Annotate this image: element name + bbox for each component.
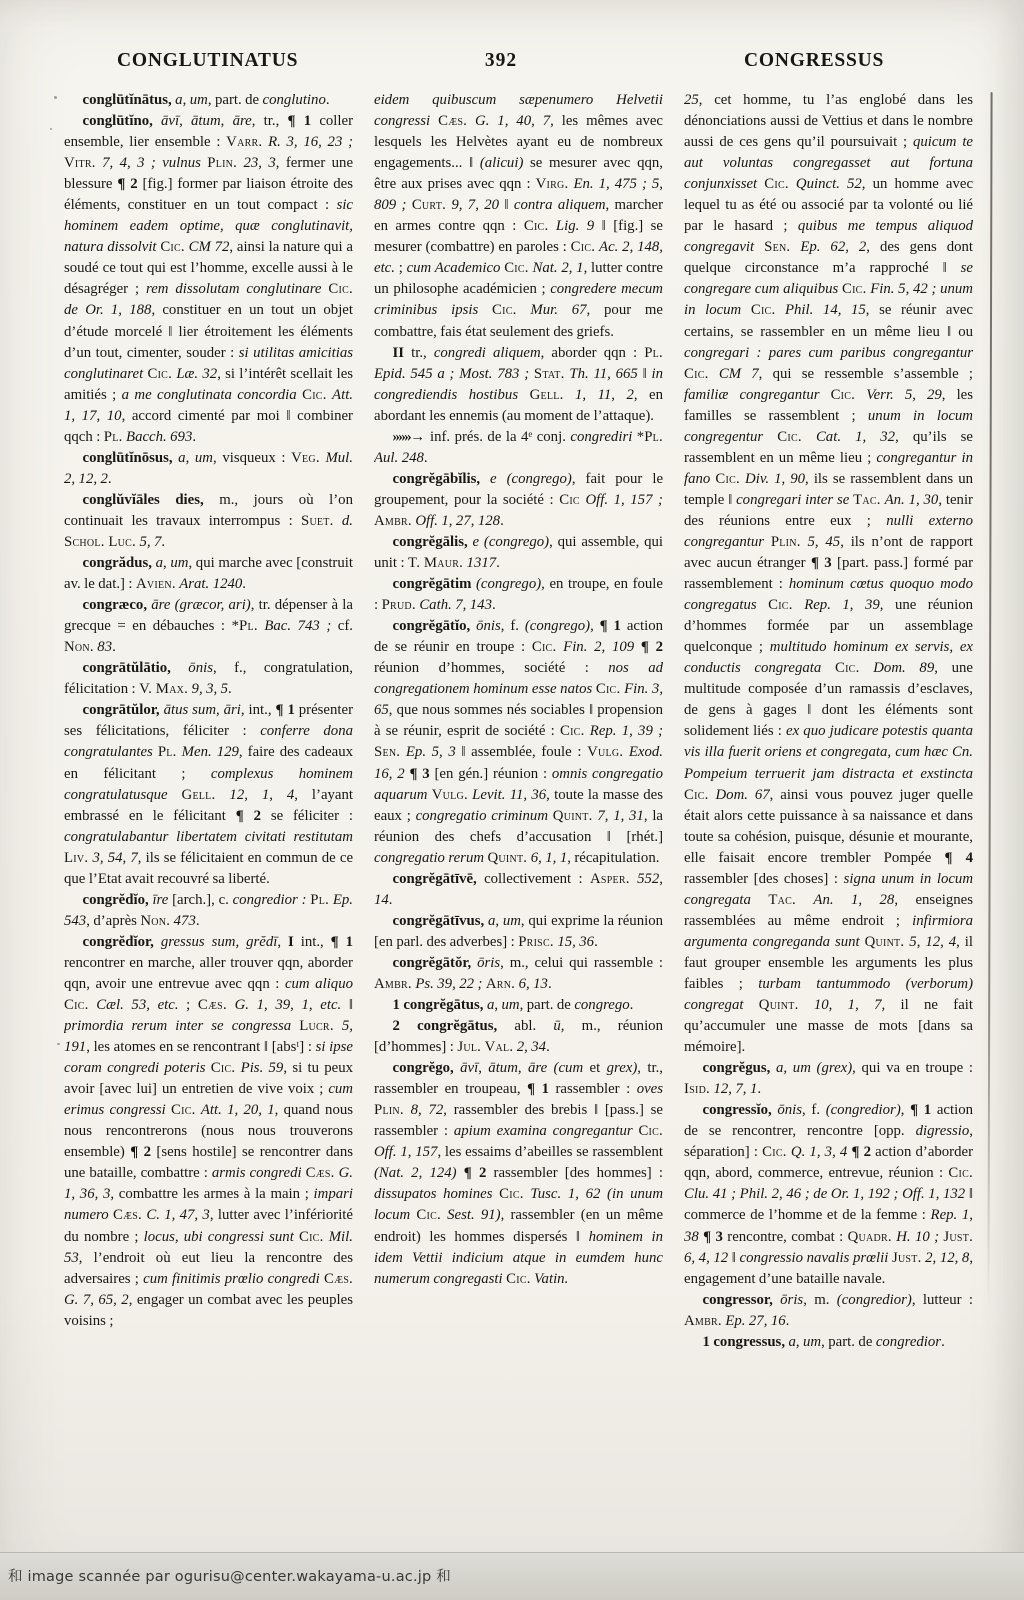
- text-segment: congræco,: [83, 597, 148, 613]
- scanned-dictionary-page: CONGLUTINATUS 392 CONGRESSUS conglūtĭnāt…: [0, 0, 1024, 1600]
- text-segment: um: [195, 450, 213, 466]
- text-segment: conglūtĭnōsus,: [83, 450, 173, 466]
- text-segment: 5, 12, 4: [909, 934, 956, 950]
- text-segment: cum Academico: [407, 260, 501, 276]
- text-segment: congredi aliquem: [434, 345, 541, 361]
- text-segment: , f.: [802, 1102, 826, 1118]
- text-segment: rassembler [des choses] :: [684, 871, 844, 887]
- text-segment: congrĕgus,: [703, 1060, 771, 1076]
- column-2: eidem quibuscum sæpenumero Helvetii cong…: [374, 90, 663, 1542]
- text-segment: Sen.: [374, 744, 400, 760]
- text-segment: Fin. 5, 42 ;: [870, 281, 936, 297]
- text-segment: Ep. 62, 2: [800, 239, 866, 255]
- text-segment: congrediri: [570, 429, 632, 445]
- text-segment: .: [496, 555, 500, 571]
- derived-form-arrow-icon: »»»→: [393, 429, 426, 445]
- text-segment: ¶ 2: [130, 1144, 151, 1160]
- text-segment: , m., celui qui rassemble :: [500, 955, 663, 971]
- text-segment: 15, 36: [557, 934, 594, 950]
- entry-paragraph: conglūtĭnōsus, a, um, visqueux : Veg. Mu…: [64, 448, 353, 490]
- text-segment: [789, 176, 796, 192]
- text-segment: Div. 1, 90: [745, 471, 805, 487]
- text-segment: Cic.: [764, 176, 789, 192]
- text-segment: int.,: [294, 934, 331, 950]
- text-segment: rassembler :: [549, 1081, 637, 1097]
- text-segment: Cic.: [596, 681, 621, 697]
- text-segment: [467, 113, 475, 129]
- text-segment: Tac.: [768, 892, 796, 908]
- text-segment: ;: [179, 997, 198, 1013]
- text-segment: Cæl. 53, etc.: [96, 997, 178, 1013]
- text-segment: Lig. 9: [556, 218, 594, 234]
- text-segment: Ambr.: [374, 513, 412, 529]
- text-segment: Cic.: [831, 387, 856, 403]
- text-segment: Cæs.: [438, 113, 467, 129]
- page-edge-artifact: [987, 92, 992, 1307]
- text-segment: ‖: [728, 1250, 739, 1266]
- text-segment: Non.: [64, 639, 94, 655]
- text-segment: [334, 1018, 342, 1034]
- text-segment: ,: [518, 1060, 528, 1076]
- text-segment: (alicui): [480, 155, 524, 171]
- text-segment: An. 1, 28: [813, 892, 894, 908]
- text-segment: congrĕgātĭo,: [393, 618, 471, 634]
- text-segment: ,: [901, 1102, 910, 1118]
- text-segment: .: [389, 892, 393, 908]
- text-segment: Veg.: [291, 450, 320, 466]
- text-segment: [743, 997, 758, 1013]
- text-segment: 2 congrĕgātus,: [393, 1018, 498, 1034]
- text-segment: [821, 660, 835, 676]
- text-segment: Ambr.: [684, 1313, 722, 1329]
- text-segment: 3, 54, 7: [92, 850, 137, 866]
- text-segment: [564, 387, 575, 403]
- text-segment: Vulg.: [587, 744, 623, 760]
- text-segment: Sen.: [764, 239, 790, 255]
- text-segment: Quint.: [759, 997, 799, 1013]
- footer-scan-bar: 和 image scannée par ogurisu@center.wakay…: [0, 1552, 1024, 1600]
- text-segment: Att. 1, 20, 1: [201, 1102, 275, 1118]
- text-segment: Cic.: [524, 218, 549, 234]
- text-segment: , m.: [803, 1292, 837, 1308]
- text-segment: ,: [495, 913, 502, 929]
- text-segment: 1317: [467, 555, 497, 571]
- text-segment: [802, 429, 816, 445]
- text-segment: ātum: [191, 113, 221, 129]
- text-segment: , int.,: [241, 702, 276, 718]
- text-segment: Ep. 5, 3: [406, 744, 456, 760]
- entry-paragraph: 25, cet homme, tu l’as englobé dans les …: [684, 90, 973, 1058]
- text-segment: II: [393, 345, 405, 361]
- text-segment: congredior :: [233, 892, 307, 908]
- text-segment: congrĕgālis,: [393, 534, 468, 550]
- text-segment: [741, 302, 751, 318]
- text-segment: .: [941, 1334, 945, 1350]
- text-segment: dissupatos homines: [374, 1186, 492, 1202]
- text-segment: [855, 387, 866, 403]
- text-segment: 6, 1, 1: [531, 850, 568, 866]
- text-segment: [819, 387, 830, 403]
- text-segment: Men. 129: [182, 744, 239, 760]
- text-segment: Plin.: [207, 155, 237, 171]
- text-segment: ¶ 3: [811, 555, 832, 571]
- text-segment: a: [788, 1334, 795, 1350]
- text-segment: Gell.: [182, 787, 216, 803]
- text-segment: .: [242, 576, 246, 592]
- text-segment: Cic.: [948, 1165, 973, 1181]
- text-segment: ¶ 2: [851, 1144, 871, 1160]
- entry-paragraph: congressor, ōris, m. (congredior), lutte…: [684, 1290, 973, 1332]
- text-segment: Læ. 32: [176, 366, 217, 382]
- text-segment: congrĕgātŏr,: [393, 955, 472, 971]
- text-segment: Ep. 27, 16: [725, 1313, 785, 1329]
- text-segment: Rep. 1, 39: [804, 597, 880, 613]
- text-segment: V. Max.: [139, 681, 188, 697]
- text-segment: ,: [221, 113, 233, 129]
- text-segment: [154, 934, 161, 950]
- text-segment: congratulabantur libertatem civitati res…: [64, 829, 353, 845]
- text-segment: familiæ congregantur: [684, 387, 819, 403]
- entry-paragraph: congrĕgābĭlis, e (congrego), fait pour l…: [374, 469, 663, 532]
- text-segment: um: [170, 555, 188, 571]
- text-segment: Fin. 2, 109: [563, 639, 634, 655]
- text-segment: inf. prés. de la 4ᵉ conj.: [426, 429, 571, 445]
- text-segment: 7, 4, 3 ;: [102, 155, 156, 171]
- text-segment: .: [492, 597, 496, 613]
- text-segment: ,: [478, 1060, 488, 1076]
- text-segment: vulnus: [162, 155, 201, 171]
- text-segment: 5, 7: [139, 534, 161, 550]
- text-segment: conglŭvĭāles dies,: [83, 492, 204, 508]
- text-segment: Plin.: [374, 1102, 404, 1118]
- text-segment: oves: [637, 1081, 663, 1097]
- text-segment: Curt.: [412, 197, 446, 213]
- text-segment: um: [190, 92, 208, 108]
- text-segment: Isid.: [684, 1081, 710, 1097]
- text-segment: ¶ 3: [703, 1229, 723, 1245]
- text-segment: Quadr.: [848, 1229, 892, 1245]
- entry-paragraph: II tr., congredi aliquem, aborder qqn : …: [374, 343, 663, 427]
- text-segment: [497, 471, 507, 487]
- text-segment: Cic.: [762, 1144, 787, 1160]
- text-segment: contra aliquem: [514, 197, 606, 213]
- text-segment: rem dissolutam conglutinare: [146, 281, 321, 297]
- text-segment: Cic: [559, 492, 580, 508]
- text-segment: cum finitimis prœlio congredi: [143, 1271, 320, 1287]
- text-segment: Arat. 1240: [179, 576, 242, 592]
- text-segment: .: [424, 450, 428, 466]
- text-segment: a, um (grex): [776, 1060, 852, 1076]
- text-segment: ¶ 1: [910, 1102, 931, 1118]
- text-segment: Avien.: [136, 576, 176, 592]
- header-left-guideword: CONGLUTINATUS: [117, 50, 298, 72]
- text-segment: 83: [97, 639, 112, 655]
- text-segment: [404, 1102, 411, 1118]
- text-segment: Off. 1, 27, 128: [415, 513, 500, 529]
- entry-paragraph: congrădus, a, um, qui marche avec [const…: [64, 553, 353, 595]
- text-segment: 10, 1, 7: [814, 997, 882, 1013]
- entry-paragraph: congrĕdĭo, īre [arch.], c. congredior : …: [64, 890, 353, 932]
- text-segment: Cic.: [160, 239, 185, 255]
- text-segment: , part. de: [520, 997, 575, 1013]
- text-segment: ¶ 1: [600, 618, 621, 634]
- text-segment: ātus sum, āri: [164, 702, 241, 718]
- text-segment: Cic.: [328, 281, 353, 297]
- text-segment: āvī: [161, 113, 179, 129]
- entry-paragraph: conglŭvĭāles dies, m., jours où l’on con…: [64, 490, 353, 553]
- text-segment: Pl.: [644, 345, 663, 361]
- text-segment: ū: [553, 1018, 560, 1034]
- text-segment: [153, 113, 161, 129]
- text-segment: 473: [174, 913, 196, 929]
- text-segment: .: [192, 429, 196, 445]
- entry-paragraph: congrātŭlor, ātus sum, āri, int., ¶ 1 pr…: [64, 700, 353, 889]
- text-segment: de Or. 1, 188: [64, 302, 151, 318]
- text-segment: Off. 1, 157: [374, 1144, 437, 1160]
- text-segment: , part. de: [821, 1334, 876, 1350]
- text-segment: Virg.: [536, 176, 569, 192]
- text-segment: congregatio rerum: [374, 850, 484, 866]
- text-segment: ōnis: [476, 618, 501, 634]
- text-segment: .: [228, 681, 232, 697]
- text-segment: rassembler [des hommes] :: [486, 1165, 663, 1181]
- column-3: 25, cet homme, tu l’as englobé dans les …: [684, 90, 973, 1542]
- text-segment: [860, 660, 874, 676]
- text-segment: Vulg.: [432, 787, 468, 803]
- header-right-guideword: CONGRESSUS: [744, 50, 884, 72]
- text-segment: ōris: [780, 1292, 803, 1308]
- text-segment: Cæs.: [113, 1207, 142, 1223]
- text-segment: ;: [395, 260, 407, 276]
- text-segment: Levit. 11, 36: [472, 787, 546, 803]
- text-segment: 6, 13: [519, 976, 548, 992]
- text-segment: Q. 1, 3, 4: [791, 1144, 847, 1160]
- text-segment: 7, 1, 31: [597, 808, 644, 824]
- text-segment: .: [786, 1313, 790, 1329]
- text-segment: Arn.: [486, 976, 515, 992]
- text-segment: congrĕgātīvē,: [393, 871, 477, 887]
- text-segment: īre: [152, 892, 168, 908]
- text-segment: [764, 534, 771, 550]
- text-segment: Mur. 67: [530, 302, 586, 318]
- text-segment: , qui se ressemble s’assemble ;: [759, 366, 973, 382]
- text-segment: Cic.: [560, 723, 585, 739]
- text-segment: grex): [607, 1060, 638, 1076]
- text-segment: ,: [590, 618, 600, 634]
- text-segment: Cic.: [768, 597, 793, 613]
- text-segment: Cic.: [64, 997, 89, 1013]
- text-segment: C. 1, 47, 3: [146, 1207, 210, 1223]
- entry-paragraph: congrĕgātim (congrego), en troupe, en fo…: [374, 574, 663, 616]
- text-segment: 9, 7, 20: [451, 197, 499, 213]
- text-segment: [215, 787, 229, 803]
- text-segment: conglūtĭnātus,: [83, 92, 172, 108]
- text-segment: congrātŭlātio,: [83, 660, 171, 676]
- page-number: 392: [461, 50, 541, 72]
- text-segment: um: [503, 913, 521, 929]
- text-segment: Dom. 89: [873, 660, 934, 676]
- text-segment: , combattre les armes à la main ;: [110, 1186, 313, 1202]
- entry-paragraph: eidem quibuscum sæpenumero Helvetii cong…: [374, 90, 663, 343]
- text-segment: Pis. 59: [241, 1060, 284, 1076]
- text-segment: Cic.: [299, 1229, 324, 1245]
- text-segment: ¶ 1: [276, 702, 295, 718]
- text-segment: Bac. 743 ;: [264, 618, 331, 634]
- text-segment: [227, 997, 235, 1013]
- text-segment: [751, 892, 768, 908]
- text-segment: .: [326, 92, 330, 108]
- text-segment: [171, 660, 188, 676]
- text-segment: Quint.: [865, 934, 905, 950]
- text-segment: Cic.: [302, 387, 327, 403]
- text-segment: digressio: [916, 1123, 970, 1139]
- text-segment: 2, 34: [517, 1039, 546, 1055]
- text-segment: .: [112, 639, 116, 655]
- text-segment: [790, 239, 800, 255]
- running-header: CONGLUTINATUS 392 CONGRESSUS: [0, 50, 1024, 80]
- text-segment: Cic.: [492, 302, 517, 318]
- text-segment: a me conglutinata concordia: [122, 387, 297, 403]
- text-segment: e: [490, 471, 497, 487]
- text-segment: Cic.: [638, 1123, 663, 1139]
- text-segment: ,: [186, 450, 195, 466]
- entry-paragraph: congrĕdĭor, gressus sum, grĕdī, I int., …: [64, 932, 353, 1332]
- entry-paragraph: congrĕgālis, e (congrego), qui assemble,…: [374, 532, 663, 574]
- scan-speck: [57, 1043, 60, 1045]
- text-segment: .: [196, 913, 200, 929]
- text-segment: ‖ assemblée, foule :: [456, 744, 587, 760]
- text-segment: , part. de: [208, 92, 263, 108]
- text-segment: [518, 387, 529, 403]
- text-segment: Cic.: [571, 239, 596, 255]
- text-segment: réunion d’hommes, société :: [374, 660, 608, 676]
- text-segment: ,: [277, 934, 288, 950]
- text-segment: 1 congressus,: [703, 1334, 786, 1350]
- text-segment: Pl.: [158, 744, 177, 760]
- text-segment: Prud.: [382, 597, 416, 613]
- text-segment: congrego: [574, 997, 629, 1013]
- text-segment: .: [594, 934, 598, 950]
- text-segment: Cæs.: [324, 1271, 353, 1287]
- text-segment: Suet.: [301, 513, 334, 529]
- text-segment: Gell.: [530, 387, 564, 403]
- text-segment: , lutteur :: [912, 1292, 973, 1308]
- text-segment: [480, 471, 490, 487]
- text-segment: primordia rerum inter se congressa: [64, 1018, 291, 1034]
- text-segment: .: [757, 1081, 761, 1097]
- text-segment: 1 congrĕgātus,: [393, 997, 484, 1013]
- text-segment: congrĕgātim: [393, 576, 472, 592]
- text-segment: Cic.: [842, 281, 867, 297]
- text-segment: [763, 429, 777, 445]
- text-segment: (congrego): [507, 471, 572, 487]
- entry-paragraph: congrĕgātīvē, collectivement : Asper. 55…: [374, 869, 663, 911]
- text-segment: [168, 787, 182, 803]
- entry-paragraph: congræco, āre (græcor, ari), tr. dépense…: [64, 595, 353, 658]
- text-segment: Off. 1, 157 ;: [585, 492, 663, 508]
- text-segment: Clu. 41 ; Phil. 2, 46 ; de Or. 1, 192 ; …: [684, 1186, 965, 1202]
- text-segment: a: [175, 92, 182, 108]
- text-segment: Cic.: [499, 1186, 524, 1202]
- text-segment: Quinct. 52: [796, 176, 862, 192]
- text-segment: āvī: [460, 1060, 478, 1076]
- entry-paragraph: congrĕgātĭo, ōnis, f. (congrego), ¶ 1 ac…: [374, 616, 663, 869]
- text-segment: congrădus,: [83, 555, 152, 571]
- text-segment: Cath. 7, 143: [419, 597, 492, 613]
- text-segment: Stat.: [534, 366, 565, 382]
- text-segment: G. 1, 39, 1, etc.: [235, 997, 342, 1013]
- text-segment: Just.: [892, 1250, 922, 1266]
- text-segment: 25: [684, 92, 699, 108]
- text-segment: 23, 3: [243, 155, 275, 171]
- text-segment: se féliciter :: [261, 808, 353, 824]
- text-segment: [796, 892, 813, 908]
- text-segment: Dom. 67: [715, 787, 769, 803]
- text-segment: ¶ 3: [410, 766, 430, 782]
- text-segment: apium examina congregantur: [454, 1123, 633, 1139]
- text-segment: Plin.: [771, 534, 801, 550]
- text-segment: [793, 597, 805, 613]
- text-segment: āre: [233, 113, 252, 129]
- text-segment: conglūtĭno,: [83, 113, 153, 129]
- text-segment: CM 7: [719, 366, 759, 382]
- text-segment: Liv.: [64, 850, 88, 866]
- text-segment: [634, 639, 641, 655]
- text-segment: Asper.: [590, 871, 630, 887]
- text-segment: (congrego): [525, 618, 590, 634]
- text-segment: (Nat. 2, 124): [374, 1165, 457, 1181]
- text-segment: congrātŭlor,: [83, 702, 160, 718]
- text-segment: congrĕdĭo,: [83, 892, 149, 908]
- text-segment: congregari inter se: [736, 492, 849, 508]
- text-segment: um: [803, 1334, 821, 1350]
- text-segment: .: [548, 976, 552, 992]
- entry-paragraph: 1 congrĕgātus, a, um, part. de congrego.: [374, 995, 663, 1016]
- text-segment: [430, 113, 438, 129]
- text-segment: Cic.: [715, 471, 740, 487]
- text-segment: congrĕgo,: [393, 1060, 454, 1076]
- text-segment: Cic.: [416, 1207, 441, 1223]
- scan-speck: [50, 128, 52, 130]
- text-segment: Quint.: [487, 850, 527, 866]
- entry-paragraph: »»»→ inf. prés. de la 4ᵉ conj. congredir…: [374, 427, 663, 469]
- text-segment: congregari : pares cum paribus congregan…: [684, 345, 973, 361]
- text-segment: armis congredi: [212, 1165, 302, 1181]
- text-segment: Non.: [140, 913, 170, 929]
- text-segment: Cat. 1, 32: [816, 429, 895, 445]
- text-segment: .: [161, 534, 165, 550]
- text-segment: a: [178, 450, 185, 466]
- text-segment: , les essaims d’abeilles se rassemblent: [437, 1144, 663, 1160]
- text-segment: Just.: [943, 1229, 973, 1245]
- text-segment: ¶ 1: [288, 113, 312, 129]
- text-columns: conglūtĭnātus, a, um, part. de conglutin…: [64, 90, 973, 1542]
- text-segment: ātum: [488, 1060, 518, 1076]
- text-segment: [334, 513, 342, 529]
- text-segment: 6, 4, 12: [684, 1250, 728, 1266]
- text-segment: tr.,: [404, 345, 434, 361]
- text-segment: An. 1, 30: [885, 492, 939, 508]
- text-segment: [775, 302, 785, 318]
- text-segment: , qui va en troupe :: [852, 1060, 973, 1076]
- text-segment: collectivement :: [477, 871, 590, 887]
- text-segment: ,: [796, 1334, 803, 1350]
- text-segment: (congredior): [826, 1102, 901, 1118]
- text-segment: Cic.: [504, 260, 529, 276]
- text-segment: G. 7, 65, 2: [64, 1292, 129, 1308]
- text-segment: Epid. 545 a ; Most. 783 ;: [374, 366, 529, 382]
- text-segment: , aborder qqn :: [541, 345, 645, 361]
